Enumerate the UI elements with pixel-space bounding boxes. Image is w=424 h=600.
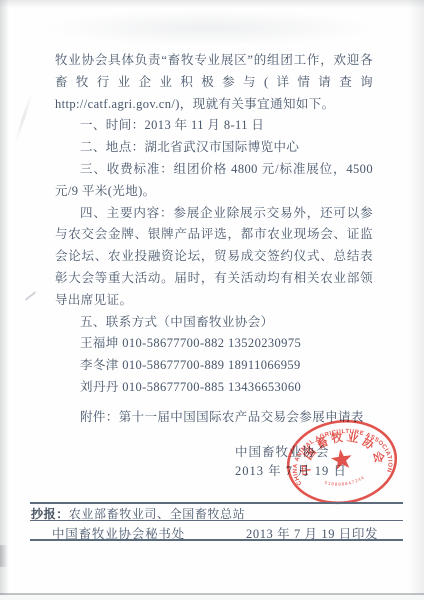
scan-corner-mark bbox=[0, 545, 8, 567]
scan-bottom-area bbox=[0, 595, 424, 600]
scan-edge-top bbox=[0, 0, 424, 8]
scan-smudge bbox=[40, 10, 380, 46]
footer-rule-bottom bbox=[30, 539, 403, 541]
scanned-document-page: 牧业协会具体负责“畜牧专业展区”的组团工作，欢迎各畜牧行业企业积极参与(详情请查… bbox=[0, 0, 424, 600]
footer-copy-label: 抄报： bbox=[31, 507, 69, 521]
item-fees: 三、收费标准：组团价格 4800 元/标准展位，4500 元/9 平米(光地)。 bbox=[55, 159, 373, 203]
document-body: 牧业协会具体负责“畜牧专业展区”的组团工作，欢迎各畜牧行业企业积极参与(详情请查… bbox=[55, 50, 373, 429]
footer-rule-top bbox=[30, 502, 403, 504]
scan-edge-right bbox=[408, 0, 424, 600]
scan-streak bbox=[14, 93, 33, 143]
item-main-content: 四、主要内容：参展企业除展示交易外，还可以参与农交会金牌、银牌产品评选，都市农业… bbox=[55, 203, 373, 312]
item-time: 一、时间：2013 年 11 月 8-11 日 bbox=[55, 115, 373, 137]
scan-edge-left bbox=[0, 0, 9, 600]
scan-mark bbox=[25, 291, 36, 301]
item-location: 二、地点：湖北省武汉市国际博览中心 bbox=[55, 137, 373, 159]
seal-serial-text: 510800047244 bbox=[323, 474, 366, 489]
contact-line: 王福坤 010-58677700-882 13520230975 bbox=[55, 333, 373, 355]
item-contact-heading: 五、联系方式（中国畜牧业协会） bbox=[55, 312, 373, 334]
seal-serial-arc: 510800047244 bbox=[323, 474, 366, 489]
official-seal: CHINA ANIMAL AGRICULTURE ASSOCIATION 中国畜… bbox=[278, 410, 405, 513]
body-paragraph-continuation: 牧业协会具体负责“畜牧专业展区”的组团工作，欢迎各畜牧行业企业积极参与(详情请查… bbox=[55, 50, 373, 115]
seal-star-icon bbox=[330, 448, 353, 471]
footer-copy-to: 农业部畜牧业司、全国畜牧总站 bbox=[69, 507, 245, 521]
contact-line: 刘丹丹 010-58677700-885 13436653060 bbox=[55, 377, 373, 399]
footer-rule-middle bbox=[30, 520, 403, 521]
contact-line: 李冬津 010-58677700-889 18911066959 bbox=[55, 355, 373, 377]
